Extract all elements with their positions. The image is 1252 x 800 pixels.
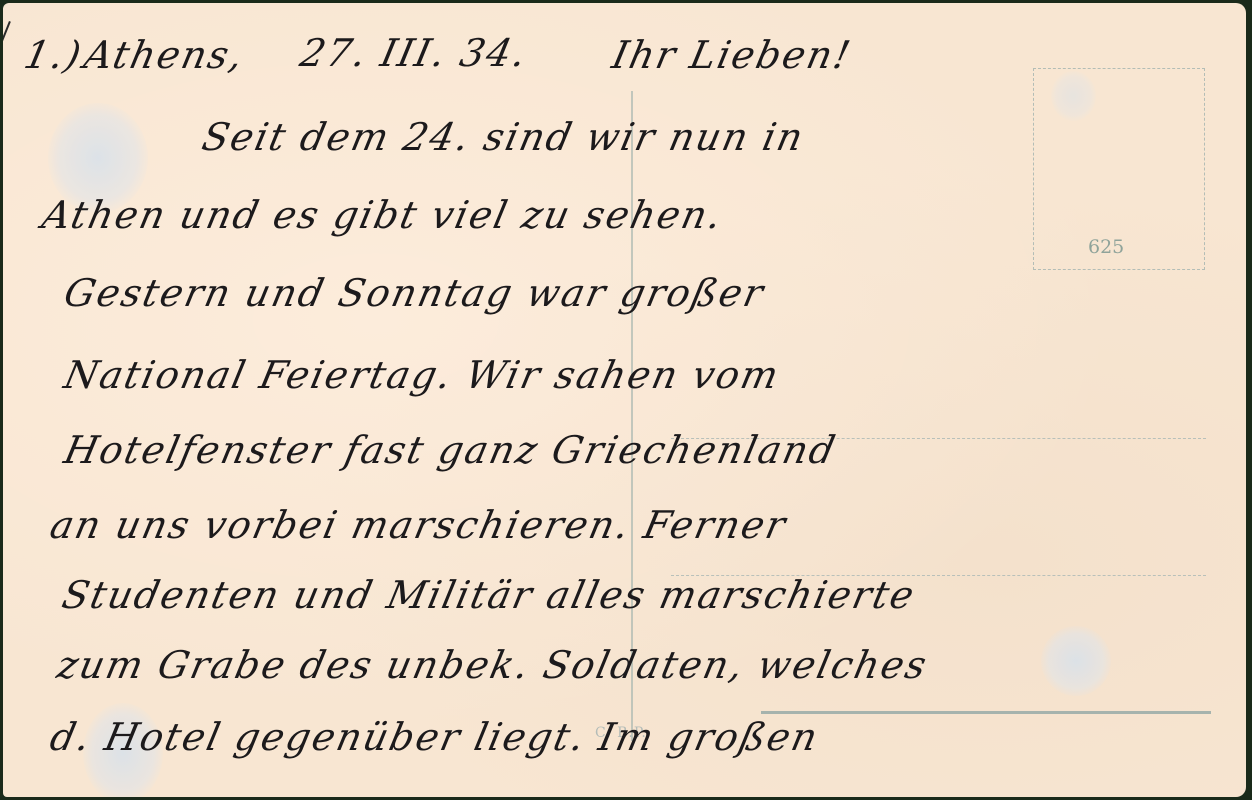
letter-line: Hotelfenster fast ganz Griechenland: [60, 428, 840, 472]
letter-line: Seit dem 24. sind wir nun in: [198, 115, 808, 159]
letter-line: Studenten und Militär alles marschierte: [58, 573, 919, 617]
letter-line: zum Grabe des unbek. Soldaten, welches: [53, 643, 932, 687]
salutation: Ihr Lieben!: [608, 33, 856, 77]
date-text: 27. III. 34.: [296, 31, 531, 75]
margin-pen-stroke: [3, 21, 11, 128]
address-line-solid: [761, 711, 1211, 714]
letter-line: Gestern und Sonntag war großer: [60, 271, 769, 315]
postcard: 625 C. B.P. 1.) Athens, 27. III. 34. Ihr…: [3, 3, 1246, 797]
letter-line: National Feiertag. Wir sahen vom: [60, 353, 784, 397]
letter-line: Athen und es gibt viel zu sehen.: [38, 193, 727, 237]
page-marker: 1.): [20, 33, 86, 77]
letter-line: an uns vorbei marschieren. Ferner: [46, 503, 791, 547]
water-stain: [1041, 626, 1111, 696]
letter-line: d. Hotel gegenüber liegt. Im großen: [46, 715, 823, 759]
stamp-box-number: 625: [1088, 236, 1124, 258]
place-text: Athens,: [80, 33, 248, 77]
